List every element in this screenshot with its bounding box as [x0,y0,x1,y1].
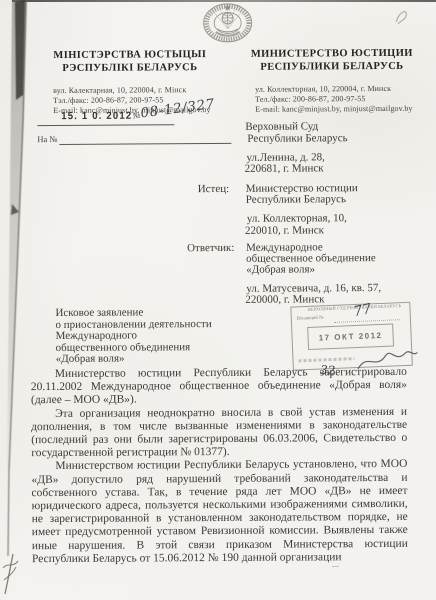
stamp-date: 17 ОКТ 2012 [319,331,383,343]
paragraph-3: Министерством юстиции Республики Беларус… [31,458,408,566]
claim-title-line5: «Добрая воля» [56,353,212,366]
scan-top-edge [12,0,436,2]
paragraph-1: Министерство юстиции Республики Беларусь… [31,366,407,408]
court-address-line2: 220681, г. Минск [245,163,324,175]
stamp-incoming-label: Входящий № [297,315,324,321]
letterhead-title-ru-line2: РЕСПУБЛИКИ БЕЛАРУСЬ [239,60,425,74]
letterhead-ru-street: ул. Коллекторная, 10, 220004, г. Минск [255,84,412,95]
scan-speck [332,566,339,567]
plaintiff-address-line1: ул. Коллекторная, 10, [247,213,347,225]
scanned-document-page: МІНІСТЭРСТВА ЮСТЫЦЫІ РЭСПУБЛІКІ БЕЛАРУСЬ… [0,0,436,600]
claim-title: Исковое заявление о приостановлении деят… [55,307,212,366]
letterhead-title-belarusian: МІНІСТЭРСТВА ЮСТЫЦЫІ РЭСПУБЛІКІ БЕЛАРУСЬ [37,48,223,75]
letterhead-address-russian: ул. Коллекторная, 10, 220004, г. Минск Т… [255,84,413,115]
plaintiff-address-line2: 220010, г. Минск [245,225,324,237]
scan-left-edge-shadow [0,0,34,600]
body-text: Министерство юстиции Республики Беларусь… [31,366,408,566]
plaintiff-line2: Республики Беларусь [246,194,346,206]
date-underline [37,124,174,126]
document-content: МІНІСТЭРСТВА ЮСТЫЦЫІ РЭСПУБЛІКІ БЕЛАРУСЬ… [0,0,436,600]
court-incoming-stamp: ВЕРХОВНЫЙ СУД РЕСПУБЛИКИ БЕЛАРУСЬ Входящ… [290,302,413,371]
plaintiff-label: Истец: [198,184,230,196]
stamp-date-box: 17 ОКТ 2012 [307,323,394,350]
stamp-incoming-line [334,319,400,323]
court-name-line2: Республики Беларусь [247,133,347,145]
stamp-organization: ВЕРХОВНЫЙ СУД РЕСПУБЛИКИ БЕЛАРУСЬ [308,304,393,312]
letterhead-title-russian: МИНИСТЕРСТВО ЮСТИЦИИ РЕСПУБЛИКИ БЕЛАРУСЬ [239,47,425,74]
paragraph-2: Эта организация неоднократно вносила в с… [31,405,407,460]
defendant-address-line2: 220000, г. Минск [245,294,324,306]
handwritten-incoming-number: 77 [352,301,373,320]
stamp-illegible-text [298,357,354,362]
reference-number-label: На № [37,134,57,144]
date-stamp: 15. 1 0. 2012 [61,110,132,122]
pencil-mark-top-right [390,6,416,28]
reference-number-underline [59,143,231,145]
pencil-mark-bottom-left [0,550,26,598]
belarus-coat-of-arms-icon [202,2,254,44]
letterhead-title-by-line2: РЭСПУБЛІКІ БЕЛАРУСЬ [37,61,223,75]
letterhead-title-by-line1: МІНІСТЭРСТВА ЮСТЫЦЫІ [37,48,223,62]
letterhead-ru-email: E-mail: kanc@minjust.by, minjust@mailgov… [255,104,412,115]
defendant-label: Ответчик: [187,243,234,255]
defendant-line3: «Добрая воля» [246,264,315,276]
letterhead-title-ru-line1: МИНИСТЕРСТВО ЮСТИЦИИ [239,47,425,61]
